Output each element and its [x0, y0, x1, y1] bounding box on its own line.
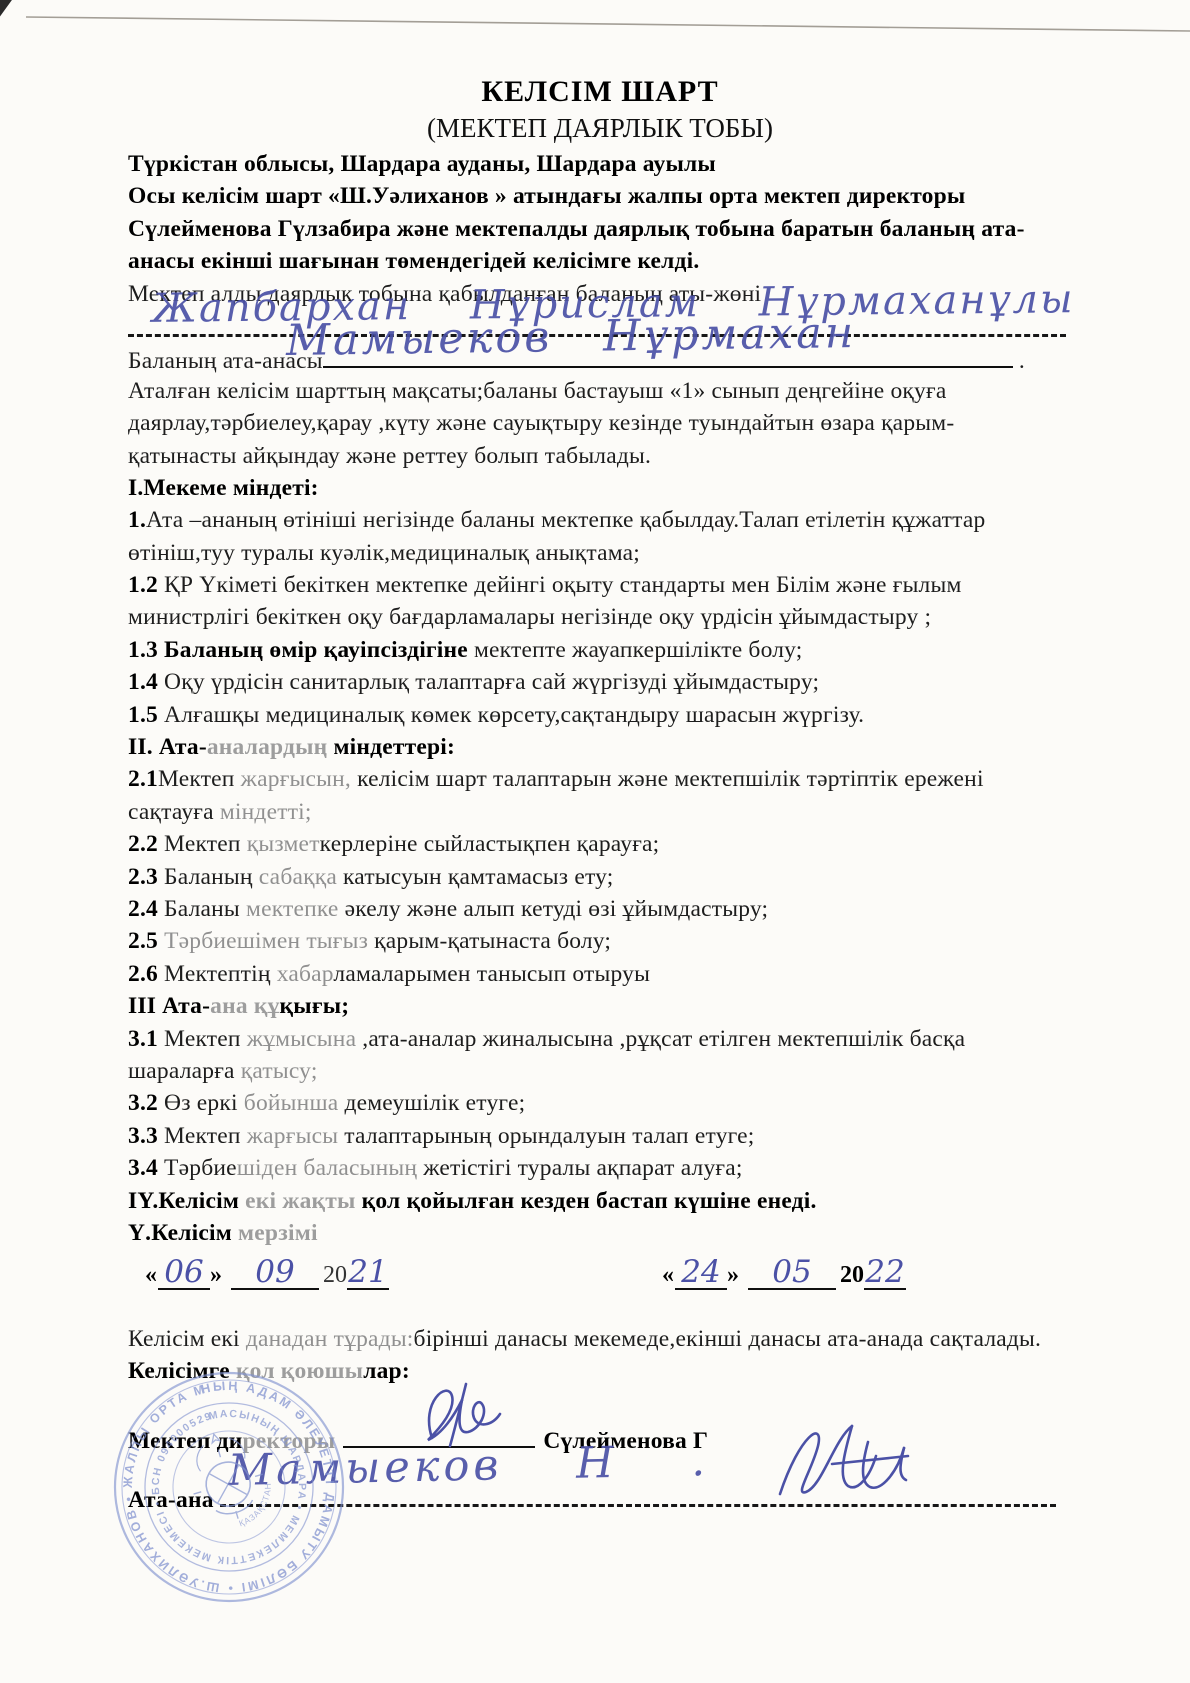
document-line: Сүлейменова Гүлзабира және мектепалды да… [128, 213, 1072, 245]
document-line: Мектеп алды даярлык тобына қабылданған б… [128, 278, 1072, 310]
quote-mark: « [662, 1262, 675, 1288]
scanned-agreement-page: КЕЛСІМ ШАРТ (МЕКТЕП ДАЯРЛЫК ТОБЫ) Түркіс… [0, 0, 1190, 1683]
date-year-handwritten: 22 [865, 1254, 904, 1290]
date-year-handwritten: 21 [348, 1254, 387, 1290]
quote-mark: « [145, 1262, 158, 1288]
date-day-handwritten: 06 [164, 1254, 203, 1290]
document-line: Баланың ата-анасы . [128, 342, 1072, 374]
director-name: Сүлейменова Г [543, 1428, 708, 1454]
parent-signature-row: Ата-ана [128, 1482, 1056, 1514]
document-lines: Түркістан облысы, Шардара ауданы, Шардар… [128, 148, 1072, 1249]
parent-signature-line [220, 1482, 1056, 1507]
document-line: 1.4 Оқу үрдісін санитарлық талаптарға са… [128, 666, 1072, 698]
document-line: 1.3 Баланың өмір қауіпсіздігіне мектепте… [128, 634, 1072, 666]
date-century: 20 [323, 1262, 347, 1288]
document-line: І.Мекеме міндеті: [128, 472, 1072, 504]
date-day-handwritten: 24 [681, 1254, 720, 1290]
document-line [128, 310, 1072, 342]
document-line: 2.5 Тәрбиешімен тығыз қарым-қатынаста бо… [128, 925, 1072, 957]
document-line: қатынасты айқындау және реттеу болып таб… [128, 440, 1072, 472]
agreement-date-left: «06»092021 [145, 1254, 389, 1290]
quote-mark: » [210, 1262, 223, 1288]
document-line: 2.1Мектеп жарғысын, келісім шарт талапта… [128, 763, 1072, 795]
director-signature-line [343, 1420, 535, 1448]
document-line: Ү.Келісім мерзімі [128, 1217, 1072, 1249]
date-month-handwritten: 09 [255, 1254, 294, 1290]
document-subtitle: (МЕКТЕП ДАЯРЛЫК ТОБЫ) [128, 110, 1072, 146]
document-line: 2.6 Мектептің хабарламаларымен танысып о… [128, 958, 1072, 990]
director-label: Мектеп директоры [128, 1428, 335, 1454]
stamp-inner-ring-text: МАСЫНЫҢ ШАРДАРА • МЕМЛЕКЕТТІК МЕКЕМЕСІ •… [98, 1356, 327, 1600]
document-line: 1.5 Алғашқы медициналық көмек көрсету,са… [128, 699, 1072, 731]
quote-mark: » [727, 1262, 740, 1288]
document-line: 3.2 Өз еркі бойынша демеушілік етуге; [128, 1087, 1072, 1119]
document-line: министрлігі бекіткен оқу бағдарламалары … [128, 601, 1072, 633]
document-line: даярлау,тәрбиелеу,қарау ,күту және сауық… [128, 407, 1072, 439]
document-line: анасы екінші шағынан төмендегідей келісі… [128, 245, 1072, 277]
document-line: ІY.Келісім екі жақты қол қойылған кезден… [128, 1185, 1072, 1217]
document-line: өтініш,туу туралы куәлік,медициналық аны… [128, 537, 1072, 569]
document-line: ІІ. Ата-аналардың міндеттері: [128, 731, 1072, 763]
signers-heading: Келісімге қол қоюшылар: [128, 1358, 410, 1385]
document-line: 1.2 ҚР Үкіметі бекіткен мектепке дейінгі… [128, 569, 1072, 601]
document-line: сақтауға міндетті; [128, 796, 1072, 828]
document-line: 2.4 Баланы мектепке әкелу және алып кету… [128, 893, 1072, 925]
date-month-handwritten: 05 [772, 1254, 811, 1290]
document-line: Осы келісім шарт «Ш.Уәлиханов » атындағы… [128, 180, 1072, 212]
document-line: шараларға қатысу; [128, 1055, 1072, 1087]
date-century: 20 [840, 1262, 864, 1288]
document-line: Аталған келісім шарттың мақсаты;баланы б… [128, 375, 1072, 407]
document-line: 3.1 Мектеп жұмысына ,ата-аналар жиналысы… [128, 1023, 1072, 1055]
document-body: КЕЛСІМ ШАРТ (МЕКТЕП ДАЯРЛЫК ТОБЫ) Түркіс… [128, 74, 1072, 1249]
director-signature-row: Мектеп директорыСүлейменова Г [128, 1420, 708, 1455]
svg-text:МАСЫНЫҢ ШАРДАРА • МЕМЛЕКЕТТІК: МАСЫНЫҢ ШАРДАРА • МЕМЛЕКЕТТІК МЕКЕМЕСІ •… [98, 1356, 327, 1600]
fill-in-dashed-line [128, 310, 1066, 337]
document-line: 2.3 Баланың сабаққа катысуын қамтамасыз … [128, 861, 1072, 893]
document-title: КЕЛСІМ ШАРТ [128, 74, 1072, 110]
document-line: Түркістан облысы, Шардара ауданы, Шардар… [128, 148, 1072, 180]
document-line: 1.Ата –ананың өтініші негізінде баланы м… [128, 504, 1072, 536]
document-line: 2.2 Мектеп қызметкерлеріне сыйластықпен … [128, 828, 1072, 860]
document-line: 3.4 Тәрбиешіден баласының жетістігі тура… [128, 1152, 1072, 1184]
agreement-date-right: «24»052022 [662, 1254, 906, 1290]
document-line: ІІІ Ата-ана құқығы; [128, 990, 1072, 1022]
copies-statement: Келісім екі данадан тұрады:бірінші данас… [128, 1326, 1041, 1353]
scan-line-artifact [0, 0, 1190, 40]
parent-label: Ата-ана [128, 1487, 214, 1513]
document-line: 3.3 Мектеп жарғысы талаптарының орындалу… [128, 1120, 1072, 1152]
